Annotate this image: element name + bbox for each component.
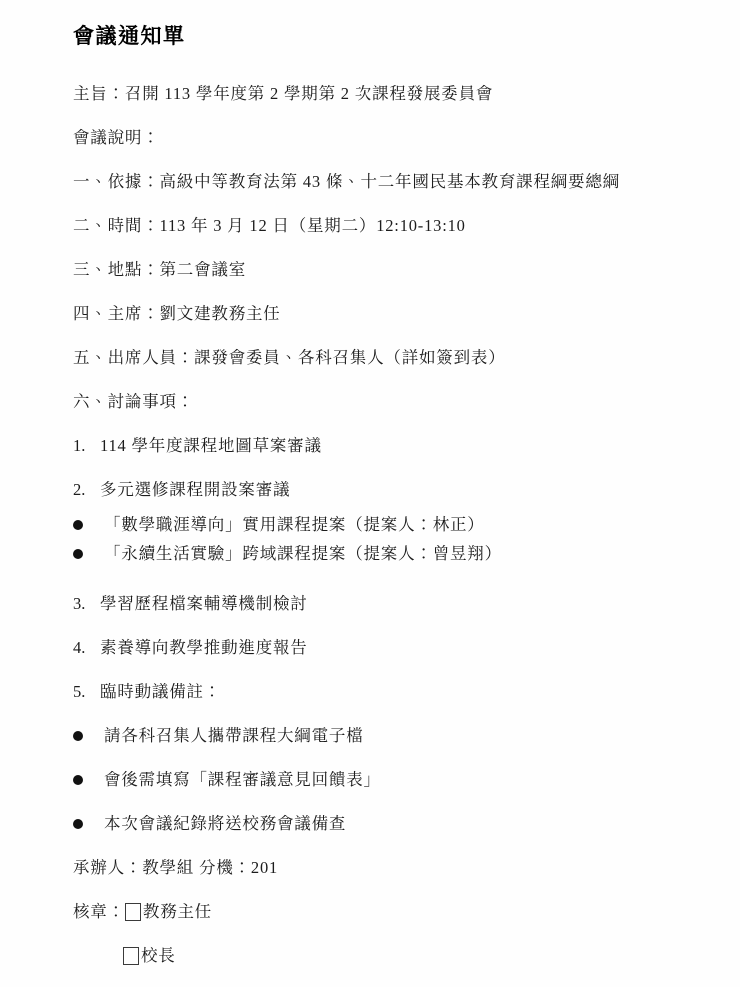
topic-text: 素養導向教學推動進度報告	[100, 638, 308, 657]
topic-number: 5.	[73, 681, 100, 703]
topic-number: 4.	[73, 637, 100, 659]
document-title: 會議通知單	[73, 24, 700, 48]
organizer-line: 承辦人：教學組 分機：201	[73, 857, 700, 879]
subject-line: 主旨：召開 113 學年度第 2 學期第 2 次課程發展委員會	[73, 83, 700, 105]
topic-number: 3.	[73, 593, 100, 615]
approval-line-principal: 校長	[123, 945, 700, 967]
description-heading: 會議說明：	[73, 127, 700, 149]
approval-label: 核章：	[73, 901, 125, 923]
section-place: 三、地點：第二會議室	[73, 259, 700, 281]
bullet-icon	[73, 775, 83, 785]
bullet-text: 請各科召集人攜帶課程大綱電子檔	[104, 725, 364, 747]
meeting-notice-document: 會議通知單 主旨：召開 113 學年度第 2 學期第 2 次課程發展委員會 會議…	[0, 0, 740, 987]
section-time: 二、時間：113 年 3 月 12 日（星期二）12:10-13:10	[73, 215, 700, 237]
proposal-bullet-item: 「永續生活實驗」跨域課程提案（提案人：曾昱翔）	[73, 543, 700, 565]
topic-item-1: 1.114 學年度課程地圖草案審議	[73, 435, 700, 457]
topic-item-5: 5.臨時動議備註：	[73, 681, 700, 703]
proposal-bullet-item: 「數學職涯導向」實用課程提案（提案人：林正）	[73, 514, 700, 536]
bullet-text: 「永續生活實驗」跨域課程提案（提案人：曾昱翔）	[104, 543, 502, 565]
bullet-icon	[73, 520, 83, 530]
topic-text: 114 學年度課程地圖草案審議	[100, 436, 322, 455]
topic-number: 1.	[73, 435, 100, 457]
section-basis: 一、依據：高級中等教育法第 43 條、十二年國民基本教育課程綱要總綱	[73, 171, 700, 193]
topic-text: 臨時動議備註：	[100, 682, 221, 701]
topic-number: 2.	[73, 479, 100, 501]
bullet-icon	[73, 731, 83, 741]
topic-item-4: 4.素養導向教學推動進度報告	[73, 637, 700, 659]
approval-role-principal: 校長	[141, 945, 176, 967]
note-bullet-item: 本次會議紀錄將送校務會議備查	[73, 813, 700, 835]
bullet-text: 本次會議紀錄將送校務會議備查	[104, 813, 346, 835]
note-bullet-item: 請各科召集人攜帶課程大綱電子檔	[73, 725, 700, 747]
approval-line-director: 核章：教務主任	[73, 901, 700, 923]
proposal-bullet-group: 「數學職涯導向」實用課程提案（提案人：林正） 「永續生活實驗」跨域課程提案（提案…	[73, 514, 700, 565]
bullet-icon	[73, 819, 83, 829]
topic-text: 多元選修課程開設案審議	[100, 480, 290, 499]
topic-item-2: 2.多元選修課程開設案審議	[73, 479, 700, 501]
topic-item-3: 3.學習歷程檔案輔導機制檢討	[73, 593, 700, 615]
topic-text: 學習歷程檔案輔導機制檢討	[100, 594, 308, 613]
checkbox-principal-icon	[123, 947, 139, 965]
checkbox-director-icon	[125, 903, 141, 921]
approval-role-director: 教務主任	[143, 901, 212, 923]
bullet-icon	[73, 549, 83, 559]
topics-heading: 六、討論事項：	[73, 391, 700, 413]
section-attendees: 五、出席人員：課發會委員、各科召集人（詳如簽到表）	[73, 347, 700, 369]
section-chair: 四、主席：劉文建教務主任	[73, 303, 700, 325]
note-bullet-item: 會後需填寫「課程審議意見回饋表」	[73, 769, 700, 791]
bullet-text: 「數學職涯導向」實用課程提案（提案人：林正）	[104, 514, 485, 536]
bullet-text: 會後需填寫「課程審議意見回饋表」	[104, 769, 381, 791]
